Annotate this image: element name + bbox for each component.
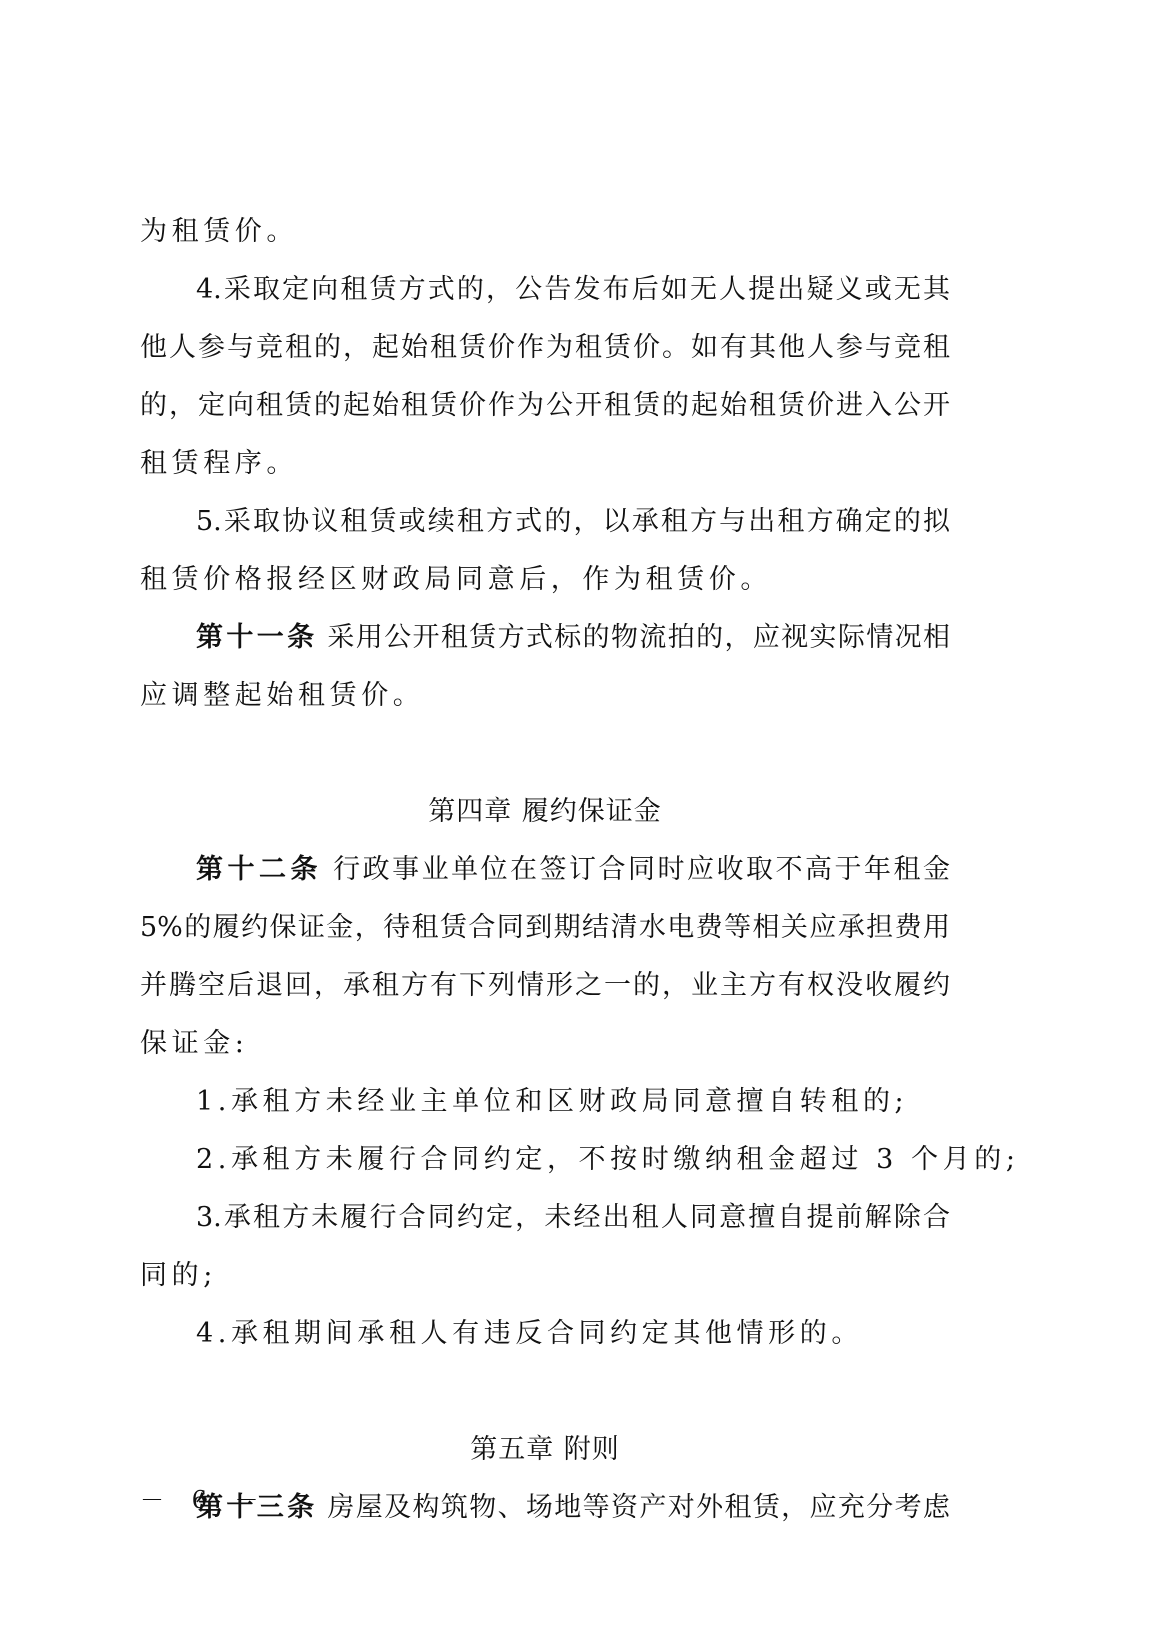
document-body: 为租赁价。 4.采取定向租赁方式的，公告发布后如无人提出疑义或无其 他人参与竞租… bbox=[140, 203, 950, 1537]
document-page: 为租赁价。 4.采取定向租赁方式的，公告发布后如无人提出疑义或无其 他人参与竞租… bbox=[0, 0, 1157, 1637]
paragraph-line: 保证金: bbox=[140, 1015, 950, 1073]
article-text: 行政事业单位在签订合同时应收取不高于年租金 bbox=[322, 854, 950, 885]
paragraph-line: 4.采取定向租赁方式的，公告发布后如无人提出疑义或无其 bbox=[140, 261, 950, 319]
paragraph-line: 5.采取协议租赁或续租方式的，以承租方与出租方确定的拟 bbox=[140, 493, 950, 551]
article-number: 第十二条 bbox=[196, 854, 322, 885]
list-item-continuation: 同的; bbox=[140, 1247, 950, 1305]
chapter-title: 第五章 附则 bbox=[140, 1421, 950, 1479]
paragraph-line: 租赁价格报经区财政局同意后，作为租赁价。 bbox=[140, 551, 950, 609]
list-item: 3.承租方未履行合同约定，未经出租人同意擅自提前解除合 bbox=[140, 1189, 950, 1247]
chapter-title: 第四章 履约保证金 bbox=[140, 783, 950, 841]
paragraph-line: 为租赁价。 bbox=[140, 203, 950, 261]
list-item: 1.承租方未经业主单位和区财政局同意擅自转租的; bbox=[140, 1073, 950, 1131]
article-11-line: 第十一条 采用公开租赁方式标的物流拍的，应视实际情况相 bbox=[140, 609, 950, 667]
article-number: 第十一条 bbox=[196, 622, 317, 653]
paragraph-line: 5%的履约保证金，待租赁合同到期结清水电费等相关应承担费用 bbox=[140, 899, 950, 957]
article-text: 房屋及构筑物、场地等资产对外租赁，应充分考虑 bbox=[317, 1492, 950, 1523]
list-item: 4.承租期间承租人有违反合同约定其他情形的。 bbox=[140, 1305, 950, 1363]
paragraph-line: 并腾空后退回，承租方有下列情形之一的，业主方有权没收履约 bbox=[140, 957, 950, 1015]
paragraph-line: 他人参与竞租的，起始租赁价作为租赁价。如有其他人参与竞租 bbox=[140, 319, 950, 377]
spacer bbox=[140, 725, 950, 783]
page-number: － 6 － bbox=[140, 1480, 269, 1515]
spacer bbox=[140, 1363, 950, 1421]
paragraph-line: 应调整起始租赁价。 bbox=[140, 667, 950, 725]
article-12-line: 第十二条 行政事业单位在签订合同时应收取不高于年租金 bbox=[140, 841, 950, 899]
paragraph-line: 租赁程序。 bbox=[140, 435, 950, 493]
paragraph-line: 的，定向租赁的起始租赁价作为公开租赁的起始租赁价进入公开 bbox=[140, 377, 950, 435]
article-text: 采用公开租赁方式标的物流拍的，应视实际情况相 bbox=[317, 622, 950, 653]
list-item: 2.承租方未履行合同约定，不按时缴纳租金超过 3 个月的; bbox=[140, 1131, 950, 1189]
